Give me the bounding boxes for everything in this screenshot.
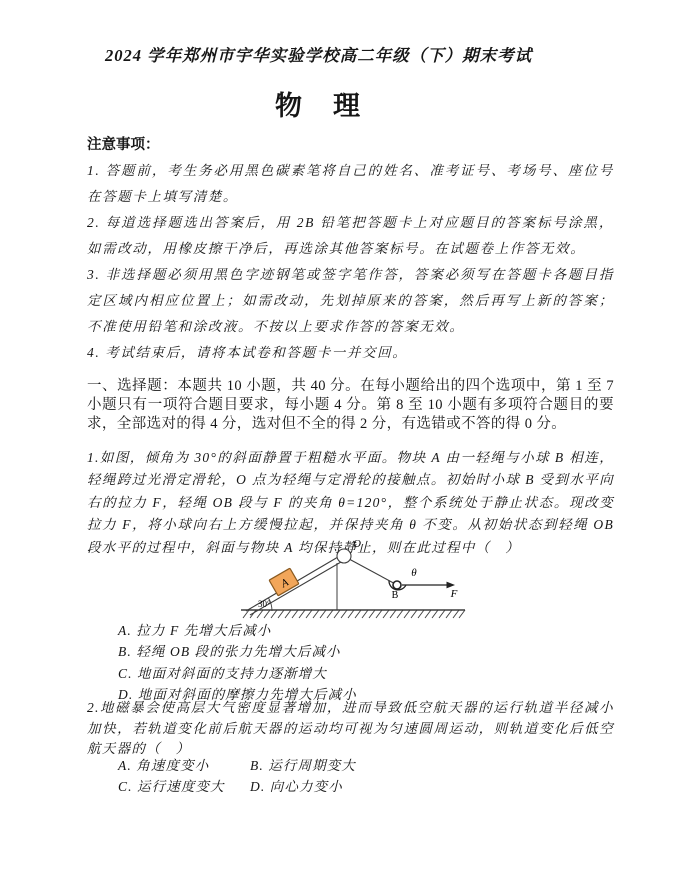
notice-item: 4. 考试结束后，请将本试卷和答题卡一并交回。 bbox=[87, 340, 614, 366]
question-2-option-c: C. 运行速度变大 bbox=[118, 777, 250, 797]
ball-b bbox=[393, 581, 401, 589]
notice-heading: 注意事项： bbox=[87, 133, 160, 154]
incline-angle-label: 30° bbox=[258, 599, 271, 609]
question-2-options: A. 角速度变小 B. 运行周期变大 C. 运行速度变大 D. 向心力变小 bbox=[118, 756, 538, 796]
question-1-figure: 30° A O θ B F bbox=[237, 536, 477, 628]
rope-line bbox=[350, 560, 394, 584]
question-1-option-b: B. 轻绳 OB 段的张力先增大后减小 bbox=[118, 641, 614, 662]
pulley-point-label: O bbox=[353, 538, 361, 550]
exam-title: 2024 学年郑州市宇华实验学校高二年级（下）期末考试 bbox=[87, 42, 550, 66]
question-1-option-c: C. 地面对斜面的支持力逐渐增大 bbox=[118, 663, 614, 684]
ball-b-label: B bbox=[392, 590, 399, 601]
notice-item: 3. 非选择题必须用黑色字迹钢笔或签字笔作答，答案必须写在答题卡各题目指定区域内… bbox=[87, 262, 614, 340]
question-2-stem: 2.地磁暴会使高层大气密度显著增加，进而导致低空航天器的运行轨道半径减小加快，若… bbox=[87, 698, 614, 760]
question-1-option-a: A. 拉力 F 先增大后减小 bbox=[118, 620, 614, 641]
question-2-option-d: D. 向心力变小 bbox=[250, 777, 538, 797]
notice-item: 2. 每道选择题选出答案后，用 2B 铅笔把答题卡上对应题目的答案标号涂黑，如需… bbox=[87, 210, 614, 262]
question-2-option-b: B. 运行周期变大 bbox=[250, 756, 538, 776]
ground-hatching bbox=[243, 610, 465, 618]
question-1-options: A. 拉力 F 先增大后减小 B. 轻绳 OB 段的张力先增大后减小 C. 地面… bbox=[118, 620, 614, 706]
angle-theta-label: θ bbox=[411, 567, 417, 579]
notice-list: 1. 答题前，考生务必用黑色碳素笔将自己的姓名、准考证号、考场号、座位号在答题卡… bbox=[87, 158, 614, 366]
force-label: F bbox=[450, 588, 458, 600]
exam-subject: 物 理 bbox=[87, 84, 550, 123]
question-2-option-a: A. 角速度变小 bbox=[118, 756, 250, 776]
section-1-intro: 一、选择题：本题共 10 小题，共 40 分。在每小题给出的四个选项中，第 1 … bbox=[87, 377, 614, 435]
pulley-icon bbox=[337, 549, 351, 563]
force-arrow bbox=[402, 582, 455, 589]
exam-page: { "exam": { "title": "2024 学年郑州市宇华实验学校高二… bbox=[0, 0, 700, 878]
notice-item: 1. 答题前，考生务必用黑色碳素笔将自己的姓名、准考证号、考场号、座位号在答题卡… bbox=[87, 158, 614, 210]
